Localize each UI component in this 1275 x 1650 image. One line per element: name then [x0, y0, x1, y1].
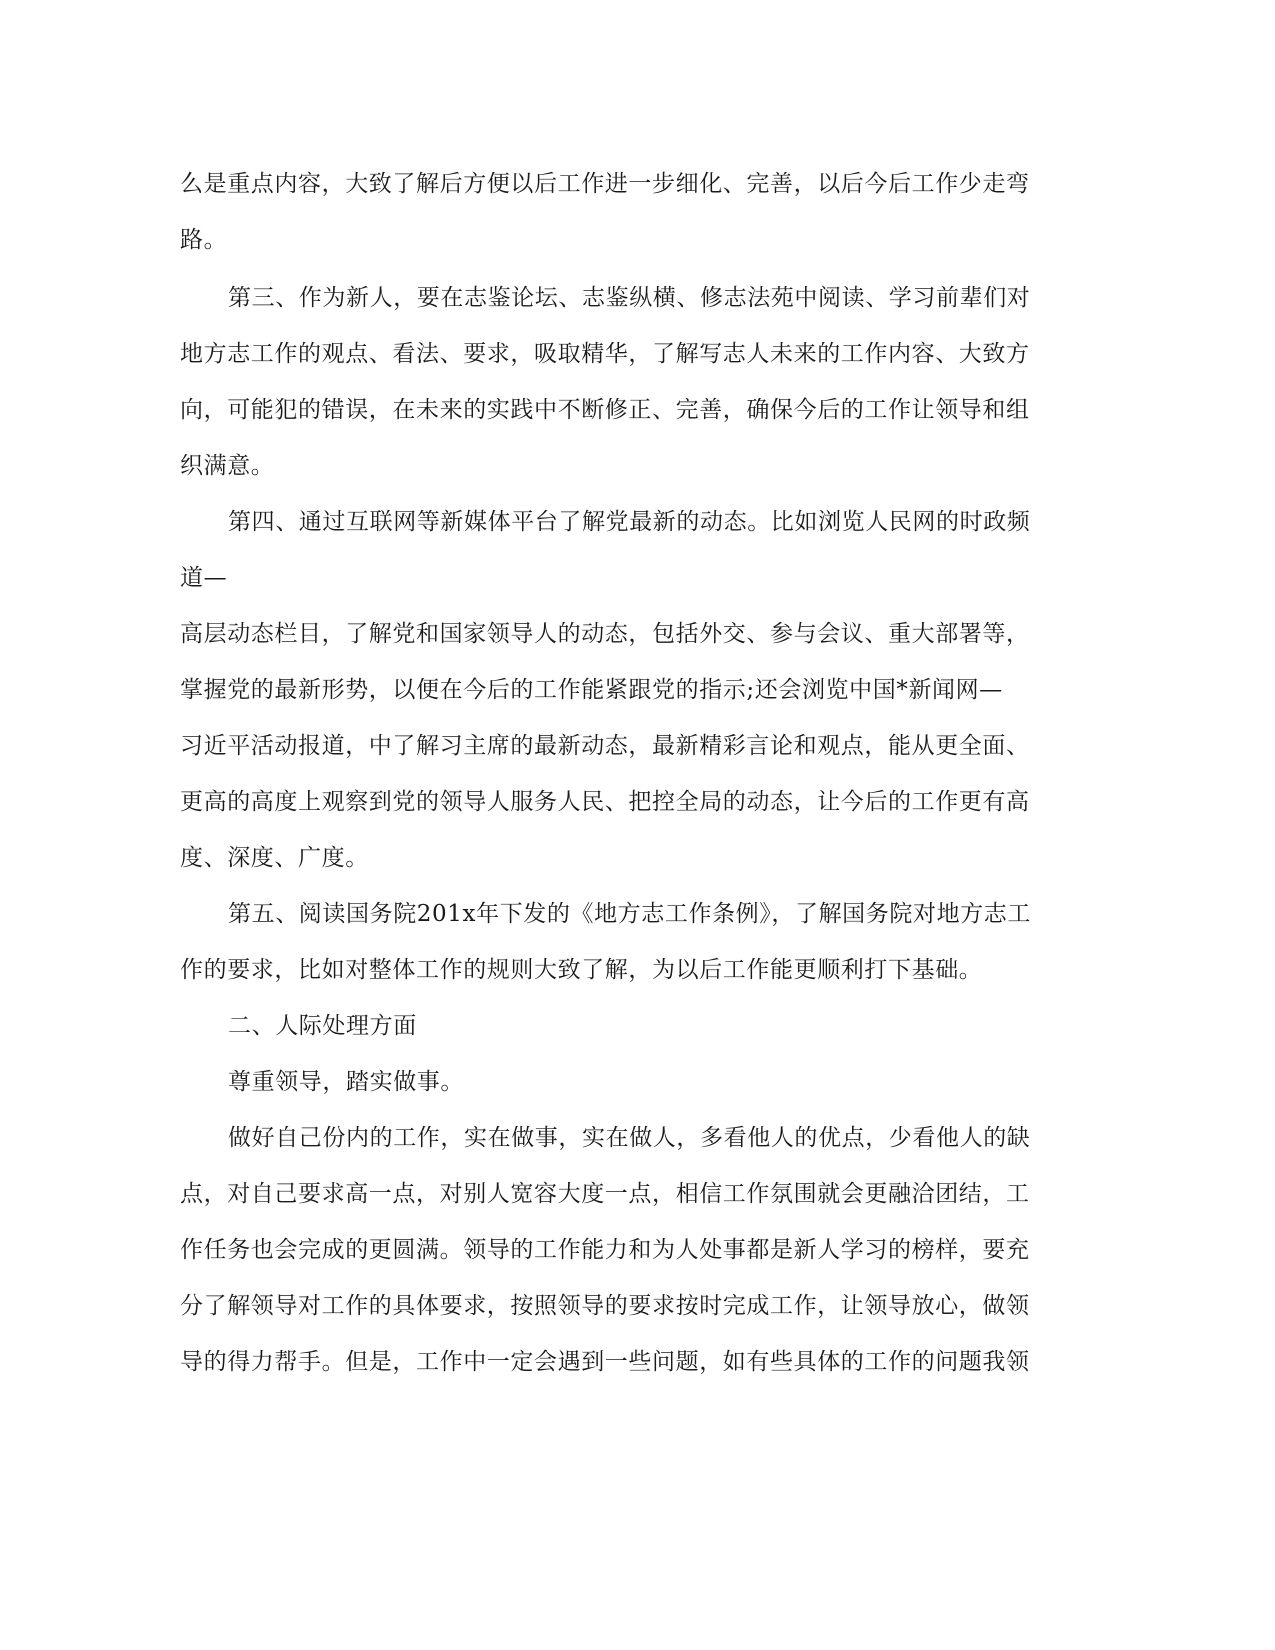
body-line-21: 分了解领导对工作的具体要求，按照领导的要求按时完成工作，让领导放心，做领	[180, 1290, 1030, 1322]
body-line-6: 织满意。	[180, 450, 274, 482]
body-line-15: 作的要求，比如对整体工作的规则大致了解，为以后工作能更顺利打下基础。	[180, 954, 982, 986]
body-line-4: 地方志工作的观点、看法、要求，吸取精华，了解写志人未来的工作内容、大致方	[180, 338, 1030, 370]
body-line-19: 点，对自己要求高一点，对别人宽容大度一点，相信工作氛围就会更融洽团结，工	[180, 1178, 1030, 1210]
body-line-9: 高层动态栏目，了解党和国家领导人的动态，包括外交、参与会议、重大部署等，	[180, 618, 1030, 650]
body-line-1: 么是重点内容，大致了解后方便以后工作进一步细化、完善，以后今后工作少走弯	[180, 168, 1030, 200]
paragraph-do-work-start: 做好自己份内的工作，实在做事，实在做人，多看他人的优点，少看他人的缺	[228, 1122, 1030, 1154]
body-line-8: 道—	[180, 562, 227, 594]
body-line-11: 习近平活动报道，中了解习主席的最新动态，最新精彩言论和观点，能从更全面、	[180, 730, 1030, 762]
body-line-22: 导的得力帮手。但是，工作中一定会遇到一些问题，如有些具体的工作的问题我领	[180, 1346, 1030, 1378]
paragraph-fifth-start: 第五、阅读国务院201x年下发的《地方志工作条例》，了解国务院对地方志工	[228, 898, 1031, 930]
paragraph-fourth-start: 第四、通过互联网等新媒体平台了解党最新的动态。比如浏览人民网的时政频	[228, 506, 1030, 538]
body-line-2: 路。	[180, 224, 227, 256]
subheading-respect-leaders: 尊重领导，踏实做事。	[228, 1066, 464, 1098]
body-line-12: 更高的高度上观察到党的领导人服务人民、把控全局的动态，让今后的工作更有高	[180, 786, 1030, 818]
section-heading-interpersonal: 二、人际处理方面	[228, 1010, 417, 1042]
paragraph-third-start: 第三、作为新人，要在志鉴论坛、志鉴纵横、修志法苑中阅读、学习前辈们对	[228, 282, 1030, 314]
body-line-10: 掌握党的最新形势，以便在今后的工作能紧跟党的指示;还会浏览中国*新闻网—	[180, 674, 1003, 706]
body-line-20: 作任务也会完成的更圆满。领导的工作能力和为人处事都是新人学习的榜样，要充	[180, 1234, 1030, 1266]
body-line-13: 度、深度、广度。	[180, 842, 369, 874]
body-line-5: 向，可能犯的错误，在未来的实践中不断修正、完善，确保今后的工作让领导和组	[180, 394, 1030, 426]
